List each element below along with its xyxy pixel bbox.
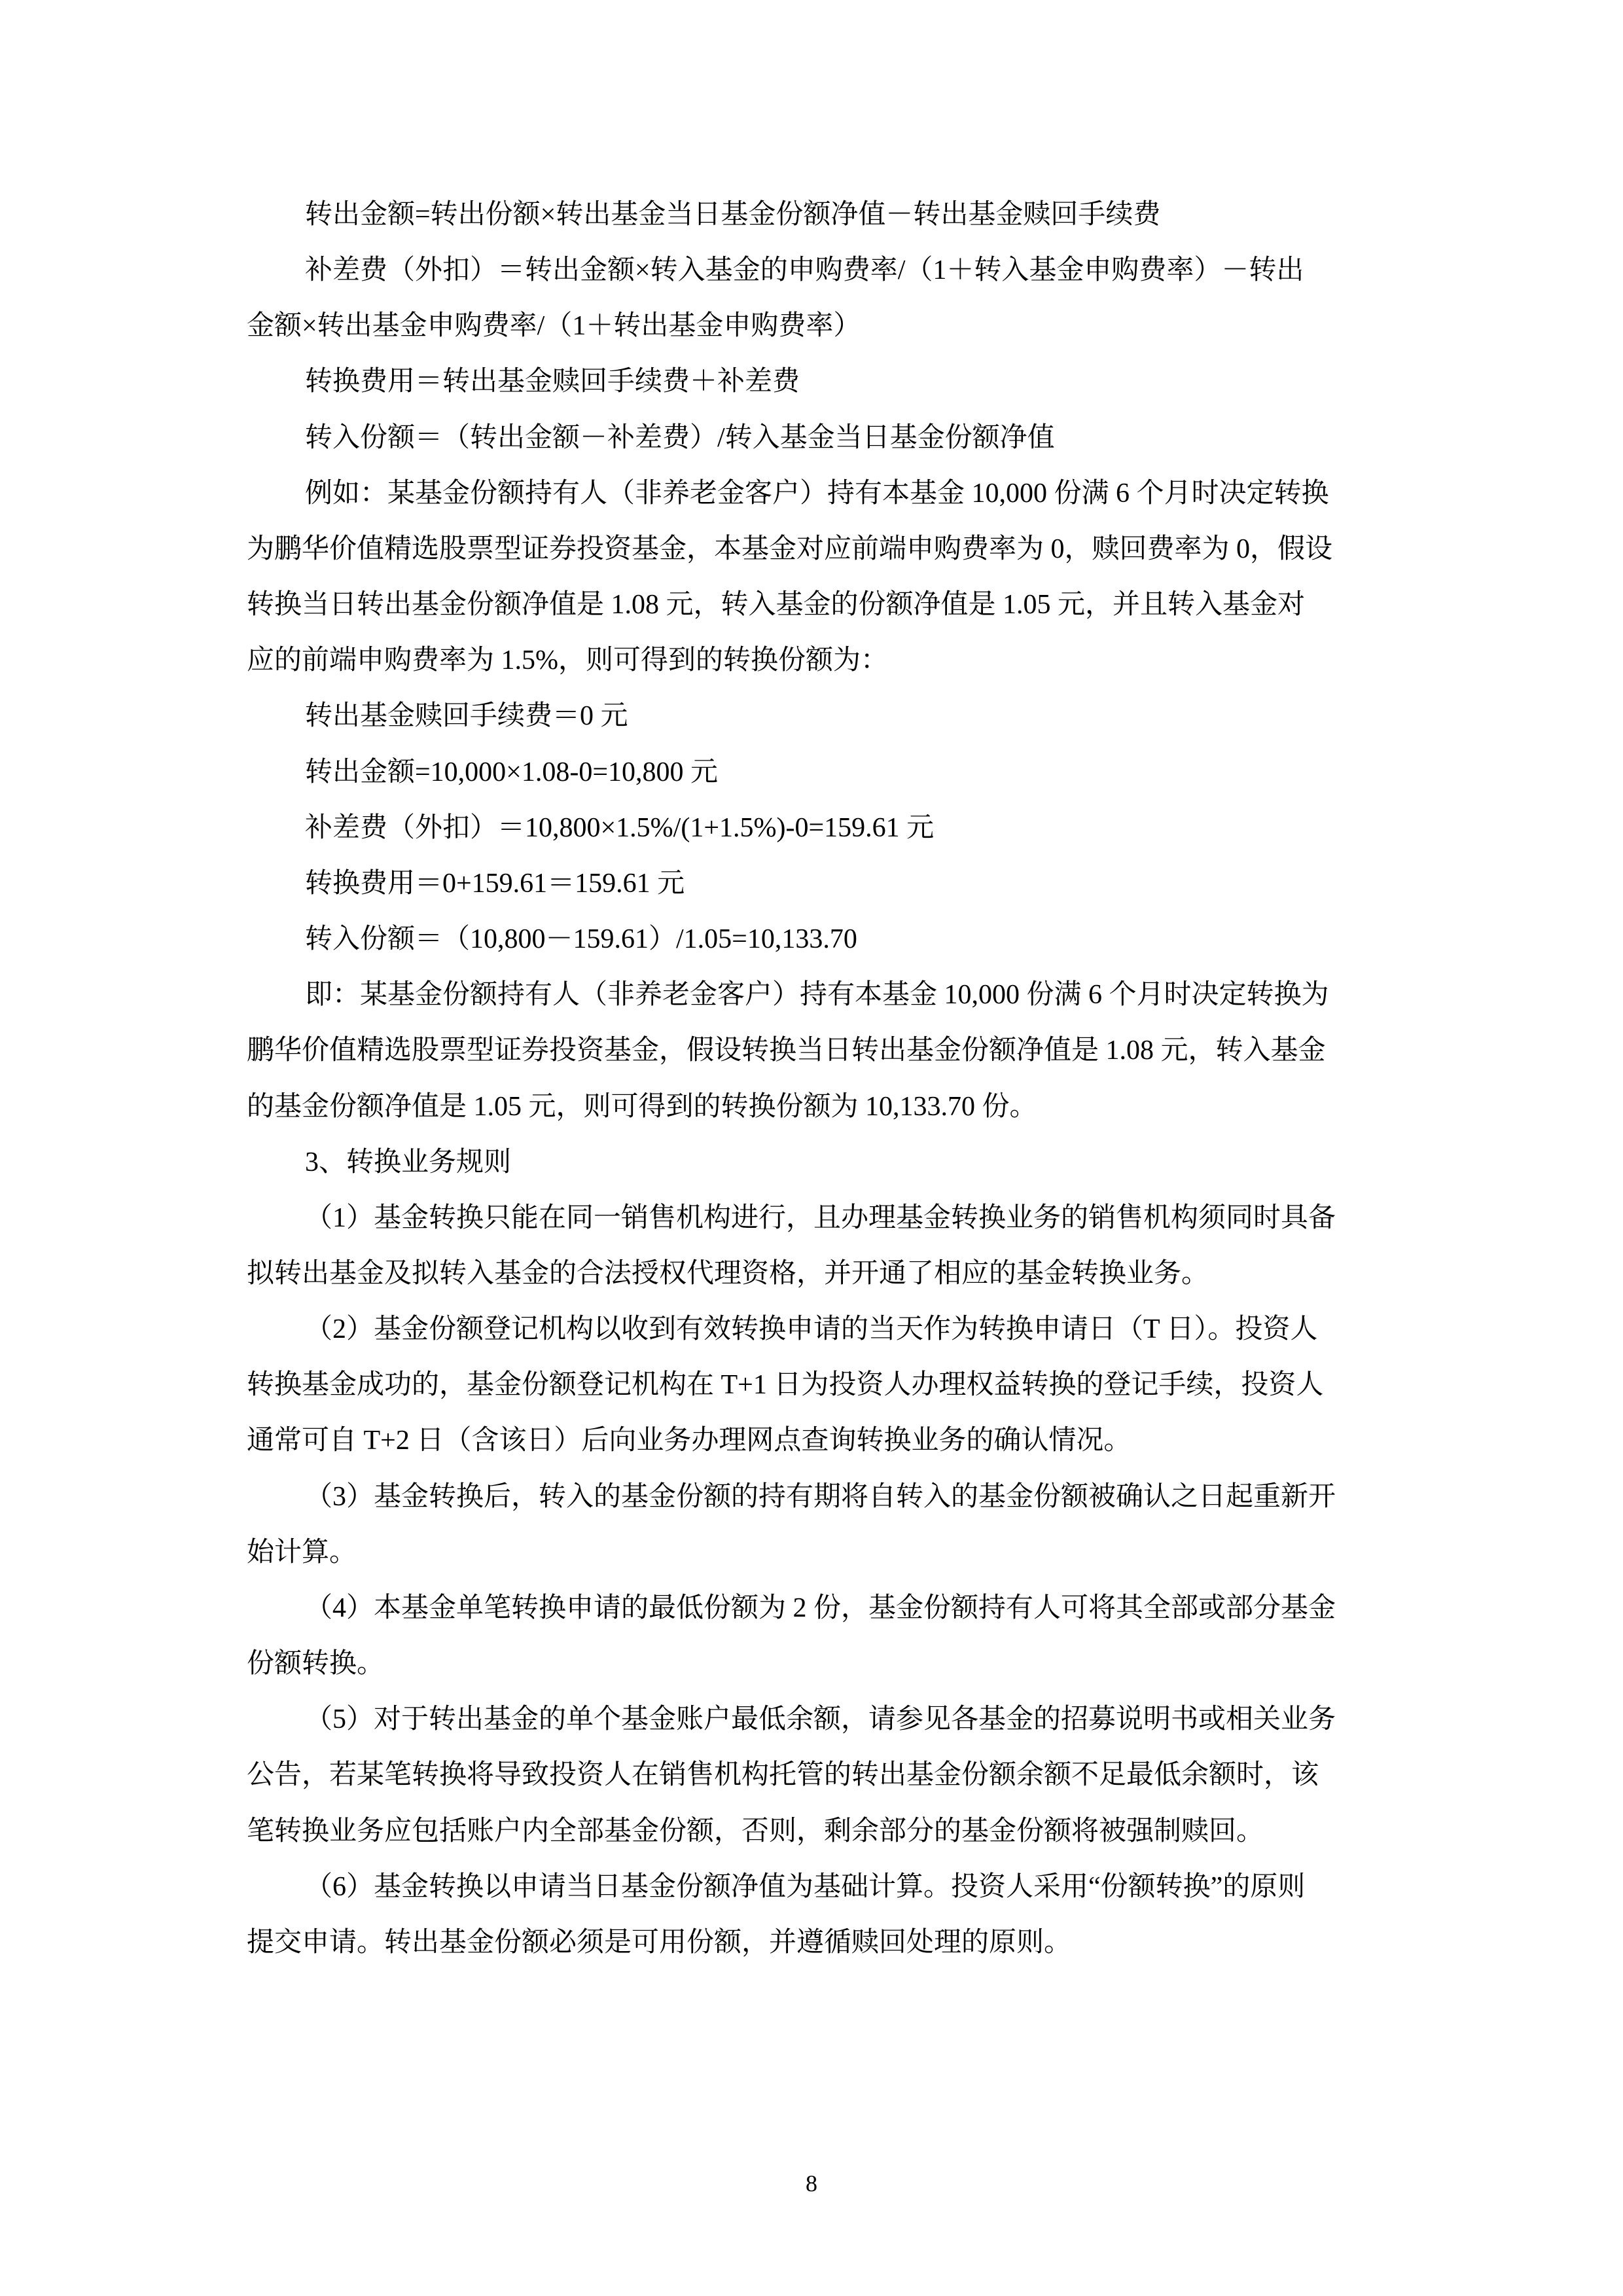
paragraph-line-first: 转换费用＝0+159.61＝159.61 元: [247, 864, 1366, 920]
paragraph-line: 份额转换。: [247, 1644, 1366, 1700]
paragraph-line-first: 转入份额＝（10,800－159.61）/1.05=10,133.70: [247, 920, 1366, 975]
paragraph-line-first: （2）基金份额登记机构以收到有效转换申请的当天作为转换申请日（T 日）。投资人: [247, 1310, 1366, 1365]
paragraph-line-first: （5）对于转出基金的单个基金账户最低余额，请参见各基金的招募说明书或相关业务: [247, 1700, 1366, 1755]
paragraph-line: 的基金份额净值是 1.05 元，则可得到的转换份额为 10,133.70 份。: [247, 1087, 1366, 1143]
paragraph-line: 鹏华价值精选股票型证券投资基金，假设转换当日转出基金份额净值是 1.08 元，转…: [247, 1031, 1366, 1086]
paragraph-line: 笔转换业务应包括账户内全部基金份额，否则，剩余部分的基金份额将被强制赎回。: [247, 1812, 1366, 1867]
paragraph-line-first: 转换费用＝转出基金赎回手续费＋补差费: [247, 362, 1366, 418]
paragraph-line: 提交申请。转出基金份额必须是可用份额，并遵循赎回处理的原则。: [247, 1923, 1366, 1979]
paragraph-line: 公告，若某笔转换将导致投资人在销售机构托管的转出基金份额余额不足最低余额时，该: [247, 1755, 1366, 1811]
paragraph-line-first: 转出金额=10,000×1.08-0=10,800 元: [247, 753, 1366, 808]
paragraph-line: 应的前端申购费率为 1.5%，则可得到的转换份额为：: [247, 641, 1366, 696]
paragraph-line-first: 即：某基金份额持有人（非养老金客户）持有本基金 10,000 份满 6 个月时决…: [247, 975, 1366, 1031]
paragraph-line-first: （4）本基金单笔转换申请的最低份额为 2 份，基金份额持有人可将其全部或部分基金: [247, 1588, 1366, 1644]
paragraph-line-first: 补差费（外扣）＝转出金额×转入基金的申购费率/（1＋转入基金申购费率）－转出: [247, 251, 1366, 306]
paragraph-line: 拟转出基金及拟转入基金的合法授权代理资格，并开通了相应的基金转换业务。: [247, 1254, 1366, 1310]
paragraph-line-first: 转出金额=转出份额×转出基金当日基金份额净值－转出基金赎回手续费: [247, 195, 1366, 251]
paragraph-line-first: 补差费（外扣）＝10,800×1.5%/(1+1.5%)-0=159.61 元: [247, 808, 1366, 864]
paragraph-line: 始计算。: [247, 1533, 1366, 1588]
paragraph-line: 转换当日转出基金份额净值是 1.08 元，转入基金的份额净值是 1.05 元，并…: [247, 585, 1366, 641]
paragraph-line: 转换基金成功的，基金份额登记机构在 T+1 日为投资人办理权益转换的登记手续，投…: [247, 1365, 1366, 1421]
paragraph-line-first: （1）基金转换只能在同一销售机构进行，且办理基金转换业务的销售机构须同时具备: [247, 1198, 1366, 1254]
paragraph-line-first: 例如：某基金份额持有人（非养老金客户）持有本基金 10,000 份满 6 个月时…: [247, 474, 1366, 529]
page-number: 8: [785, 2170, 838, 2197]
paragraph-line: 金额×转出基金申购费率/（1＋转出基金申购费率）: [247, 306, 1366, 362]
paragraph-line: 通常可自 T+2 日（含该日）后向业务办理网点查询转换业务的确认情况。: [247, 1421, 1366, 1477]
paragraph-line-first: 转出基金赎回手续费＝0 元: [247, 696, 1366, 752]
paragraph-line-first: 转入份额＝（转出金额－补差费）/转入基金当日基金份额净值: [247, 418, 1366, 474]
paragraph-line: 为鹏华价值精选股票型证券投资基金，本基金对应前端申购费率为 0，赎回费率为 0，…: [247, 529, 1366, 585]
paragraph-line-first: （6）基金转换以申请当日基金份额净值为基础计算。投资人采用“份额转换”的原则: [247, 1867, 1366, 1923]
paragraph-line-first: （3）基金转换后，转入的基金份额的持有期将自转入的基金份额被确认之日起重新开: [247, 1477, 1366, 1533]
document-page: 转出金额=转出份额×转出基金当日基金份额净值－转出基金赎回手续费补差费（外扣）＝…: [0, 0, 1623, 2296]
body-text: 转出金额=转出份额×转出基金当日基金份额净值－转出基金赎回手续费补差费（外扣）＝…: [247, 195, 1366, 1979]
paragraph-line-first: 3、转换业务规则: [247, 1143, 1366, 1198]
